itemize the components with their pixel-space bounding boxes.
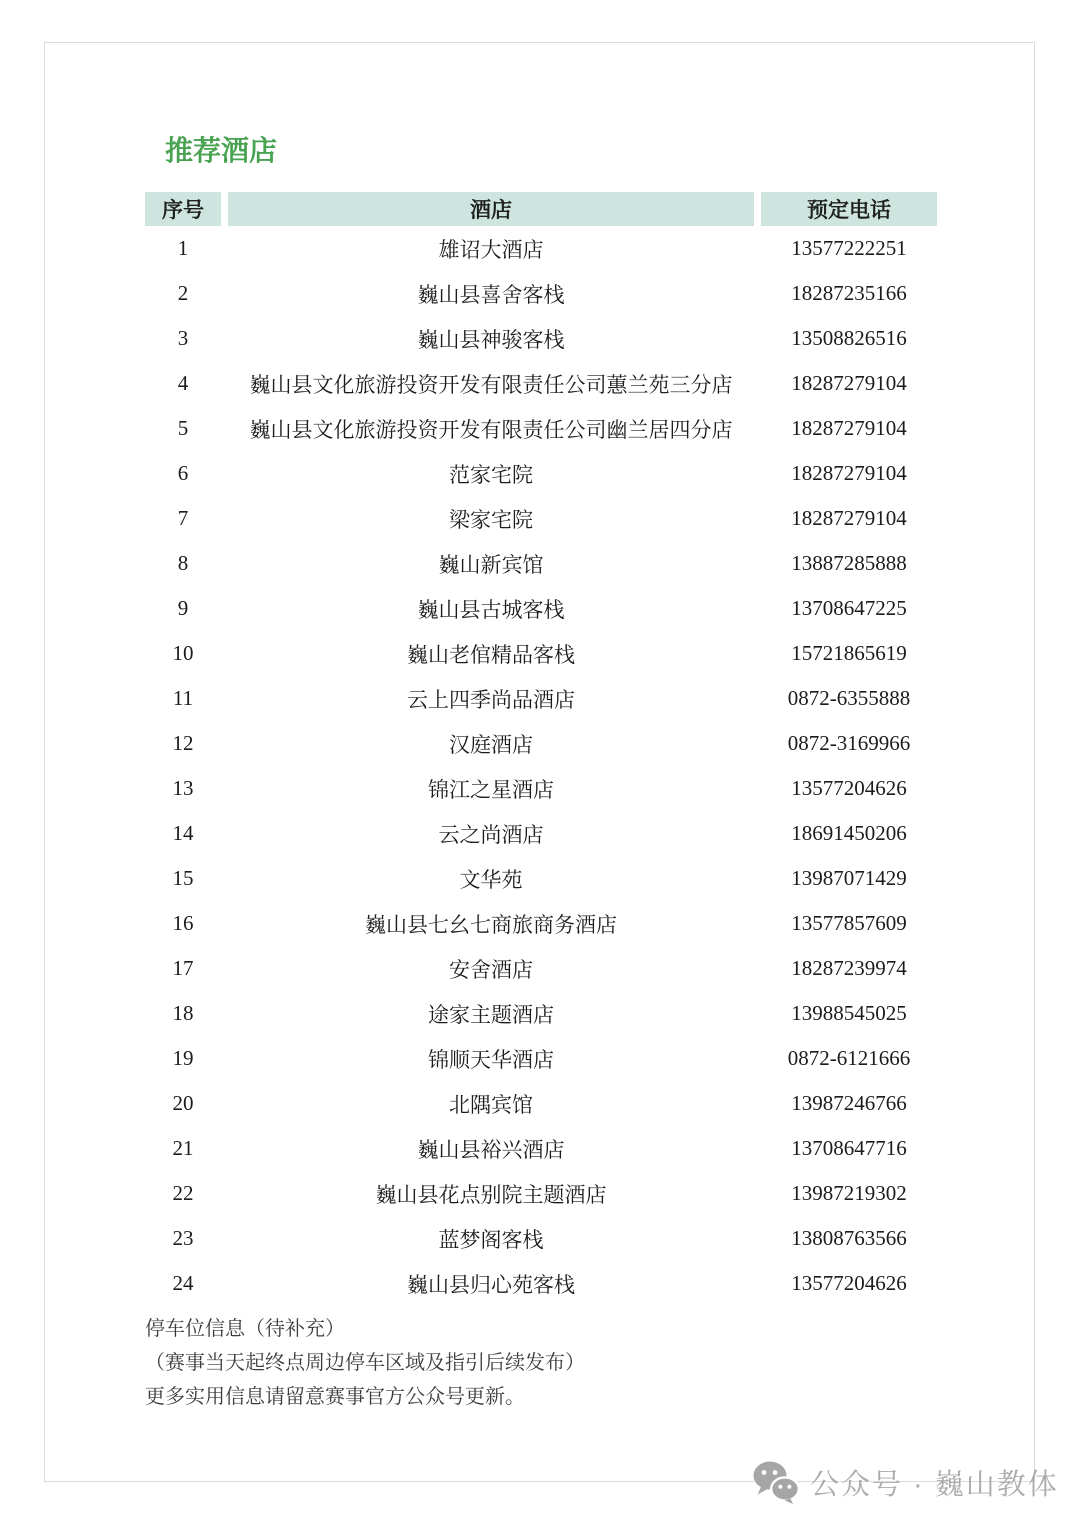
table-row: 7 梁家宅院 18287279104 [145,496,937,541]
phone-number-cell: 18287279104 [761,416,937,441]
phone-number-cell: 0872-3169966 [761,731,937,756]
hotel-name-cell: 巍山县归心苑客栈 [228,1269,754,1299]
row-index-cell: 19 [145,1046,221,1071]
table-row: 24 巍山县归心苑客栈 13577204626 [145,1261,937,1306]
hotel-name-cell: 蓝梦阁客栈 [228,1224,754,1254]
hotel-name-cell: 巍山老倌精品客栈 [228,639,754,669]
table-row: 13 锦江之星酒店 13577204626 [145,766,937,811]
table-row: 21 巍山县裕兴酒店 13708647716 [145,1126,937,1171]
wechat-icon [752,1460,800,1504]
hotel-name-cell: 巍山县古城客栈 [228,594,754,624]
row-index-cell: 23 [145,1226,221,1251]
table-row: 18 途家主题酒店 13988545025 [145,991,937,1036]
phone-number-cell: 18287279104 [761,371,937,396]
hotel-name-cell: 巍山县文化旅游投资开发有限责任公司幽兰居四分店 [228,414,754,444]
table-row: 17 安舍酒店 18287239974 [145,946,937,991]
phone-number-cell: 18287279104 [761,506,937,531]
table-row: 23 蓝梦阁客栈 13808763566 [145,1216,937,1261]
header-cell-hotel: 酒店 [228,192,754,226]
phone-number-cell: 13577857609 [761,911,937,936]
hotel-name-cell: 云之尚酒店 [228,819,754,849]
row-index-cell: 20 [145,1091,221,1116]
table-row: 3 巍山县神骏客栈 13508826516 [145,316,937,361]
row-index-cell: 18 [145,1001,221,1026]
table-row: 12 汉庭酒店 0872-3169966 [145,721,937,766]
hotel-name-cell: 北隅宾馆 [228,1089,754,1119]
row-index-cell: 14 [145,821,221,846]
table-row: 16 巍山县七幺七商旅商务酒店 13577857609 [145,901,937,946]
table-row: 20 北隅宾馆 13987246766 [145,1081,937,1126]
footer-line-update: 更多实用信息请留意赛事官方公众号更新。 [145,1380,937,1414]
row-index-cell: 22 [145,1181,221,1206]
row-index-cell: 1 [145,236,221,261]
row-index-cell: 21 [145,1136,221,1161]
row-index-cell: 3 [145,326,221,351]
row-index-cell: 2 [145,281,221,306]
row-index-cell: 5 [145,416,221,441]
hotel-name-cell: 云上四季尚品酒店 [228,684,754,714]
row-index-cell: 15 [145,866,221,891]
row-index-cell: 17 [145,956,221,981]
hotel-name-cell: 雄诏大酒店 [228,234,754,264]
footer-line-parking: 停车位信息（待补充） [145,1312,937,1346]
header-cell-index: 序号 [145,192,221,226]
hotel-name-cell: 文华苑 [228,864,754,894]
table-row: 9 巍山县古城客栈 13708647225 [145,586,937,631]
table-row: 10 巍山老倌精品客栈 15721865619 [145,631,937,676]
phone-number-cell: 13987246766 [761,1091,937,1116]
phone-number-cell: 0872-6355888 [761,686,937,711]
table-row: 19 锦顺天华酒店 0872-6121666 [145,1036,937,1081]
phone-number-cell: 13508826516 [761,326,937,351]
hotel-name-cell: 巍山县文化旅游投资开发有限责任公司蕙兰苑三分店 [228,369,754,399]
hotel-name-cell: 安舍酒店 [228,954,754,984]
phone-number-cell: 13577204626 [761,1271,937,1296]
row-index-cell: 11 [145,686,221,711]
header-cell-phone: 预定电话 [761,192,937,226]
phone-number-cell: 13708647716 [761,1136,937,1161]
row-index-cell: 4 [145,371,221,396]
row-index-cell: 12 [145,731,221,756]
phone-number-cell: 0872-6121666 [761,1046,937,1071]
table-row: 6 范家宅院 18287279104 [145,451,937,496]
hotel-name-cell: 巍山县神骏客栈 [228,324,754,354]
phone-number-cell: 13808763566 [761,1226,937,1251]
hotel-name-cell: 锦江之星酒店 [228,774,754,804]
hotel-name-cell: 巍山县裕兴酒店 [228,1134,754,1164]
table-header-row: 序号 酒店 预定电话 [145,192,937,226]
row-index-cell: 8 [145,551,221,576]
row-index-cell: 24 [145,1271,221,1296]
footer-line-notice: （赛事当天起终点周边停车区域及指引后续发布） [145,1346,937,1380]
row-index-cell: 13 [145,776,221,801]
table-row: 11 云上四季尚品酒店 0872-6355888 [145,676,937,721]
hotel-name-cell: 途家主题酒店 [228,999,754,1029]
phone-number-cell: 18691450206 [761,821,937,846]
hotel-name-cell: 巍山新宾馆 [228,549,754,579]
phone-number-cell: 13988545025 [761,1001,937,1026]
document-page: 推荐酒店 序号 酒店 预定电话 1 雄诏大酒店 13577222251 2 巍山… [0,0,1080,1527]
phone-number-cell: 18287239974 [761,956,937,981]
hotel-name-cell: 巍山县喜舍客栈 [228,279,754,309]
table-row: 22 巍山县花点别院主题酒店 13987219302 [145,1171,937,1216]
table-row: 15 文华苑 13987071429 [145,856,937,901]
row-index-cell: 9 [145,596,221,621]
table-row: 1 雄诏大酒店 13577222251 [145,226,937,271]
phone-number-cell: 13987071429 [761,866,937,891]
watermark-text: 公众号 · 巍山教体 [810,1462,1059,1503]
table-row: 2 巍山县喜舍客栈 18287235166 [145,271,937,316]
phone-number-cell: 18287235166 [761,281,937,306]
table-row: 14 云之尚酒店 18691450206 [145,811,937,856]
row-index-cell: 10 [145,641,221,666]
table-row: 5 巍山县文化旅游投资开发有限责任公司幽兰居四分店 18287279104 [145,406,937,451]
page-content: 推荐酒店 序号 酒店 预定电话 1 雄诏大酒店 13577222251 2 巍山… [145,136,937,1414]
phone-number-cell: 18287279104 [761,461,937,486]
footer-notes: 停车位信息（待补充） （赛事当天起终点周边停车区域及指引后续发布） 更多实用信息… [145,1312,937,1414]
table-row: 8 巍山新宾馆 13887285888 [145,541,937,586]
watermark: 公众号 · 巍山教体 [752,1460,1059,1504]
hotel-name-cell: 汉庭酒店 [228,729,754,759]
table-row: 4 巍山县文化旅游投资开发有限责任公司蕙兰苑三分店 18287279104 [145,361,937,406]
row-index-cell: 16 [145,911,221,936]
phone-number-cell: 13887285888 [761,551,937,576]
row-index-cell: 6 [145,461,221,486]
row-index-cell: 7 [145,506,221,531]
hotel-name-cell: 巍山县花点别院主题酒店 [228,1179,754,1209]
phone-number-cell: 15721865619 [761,641,937,666]
phone-number-cell: 13987219302 [761,1181,937,1206]
page-title: 推荐酒店 [165,136,937,168]
phone-number-cell: 13577204626 [761,776,937,801]
phone-number-cell: 13708647225 [761,596,937,621]
phone-number-cell: 13577222251 [761,236,937,261]
hotel-name-cell: 巍山县七幺七商旅商务酒店 [228,909,754,939]
hotel-name-cell: 梁家宅院 [228,504,754,534]
hotel-name-cell: 锦顺天华酒店 [228,1044,754,1074]
hotel-name-cell: 范家宅院 [228,459,754,489]
hotel-table-body: 1 雄诏大酒店 13577222251 2 巍山县喜舍客栈 1828723516… [145,226,937,1306]
